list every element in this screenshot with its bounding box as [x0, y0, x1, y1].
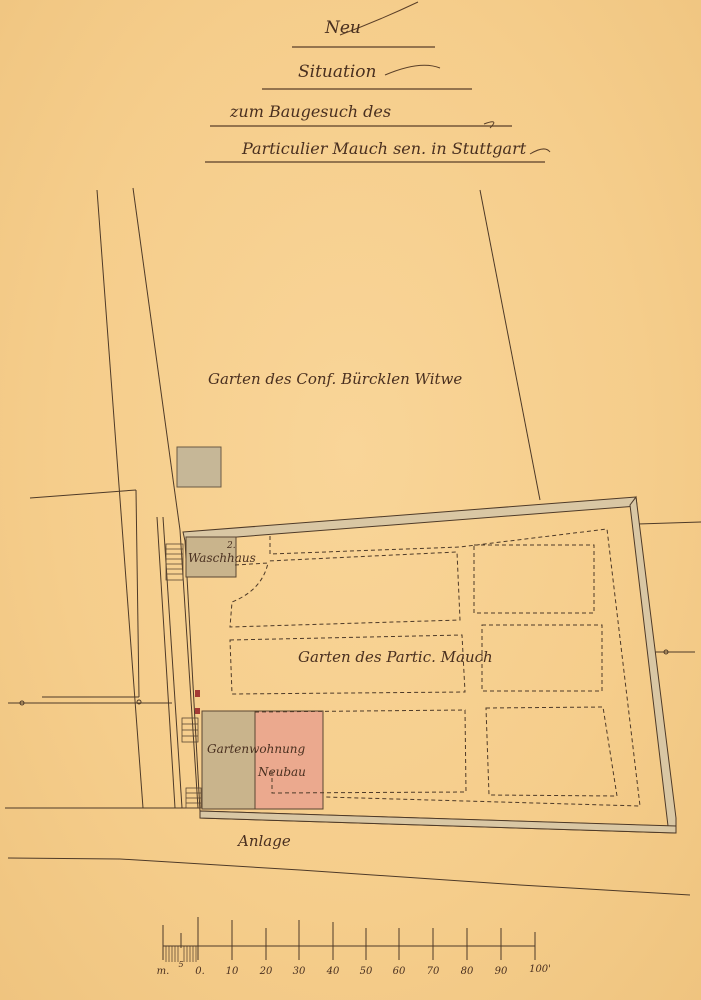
scale-tick-label: 5 [178, 960, 183, 969]
scale-tick-label: 80 [461, 966, 474, 977]
title-line-3: zum Baugesuch des [230, 102, 391, 121]
title-underlines [205, 2, 550, 162]
title-line-1: Neu [325, 18, 361, 38]
scale-tick-label: 10 [226, 966, 239, 977]
title-line-4: Particulier Mauch sen. in Stuttgart [242, 139, 526, 158]
scale-tick-label: 70 [427, 966, 440, 977]
new-building [255, 711, 323, 809]
scale-tick-label: 90 [495, 966, 508, 977]
red-marker [195, 708, 200, 714]
title-line-2: Situation [298, 62, 376, 82]
shed-building [177, 447, 221, 487]
street-label: Anlage [238, 832, 291, 850]
scale-tick-label: 60 [393, 966, 406, 977]
scale-tick-label: 30 [293, 966, 306, 977]
garden-dwelling-label: Gartenwohnung [207, 742, 305, 756]
wash-house-note: 2. [227, 541, 236, 551]
site-plan-sheet: Neu Situation zum Baugesuch des Particul… [0, 0, 701, 1000]
wash-house-label: Waschhaus [188, 551, 256, 565]
scale-tick-label: 20 [260, 966, 273, 977]
scale-tick-label: 50 [360, 966, 373, 977]
scale-tick-label: m. [157, 966, 170, 977]
garden-dwelling-building [202, 711, 255, 809]
scale-tick-label: 0. [195, 966, 205, 977]
boundary-lines [5, 188, 701, 895]
new-building-label: Neubau [258, 765, 306, 779]
scale-tick-label: 40 [327, 966, 340, 977]
red-marker [195, 690, 200, 697]
scale-tick-label: 100' [529, 964, 551, 975]
scale-bar [163, 917, 535, 962]
neighbor-garden-label: Garten des Conf. Bürcklen Witwe [208, 370, 462, 388]
own-garden-label: Garten des Partic. Mauch [298, 648, 493, 666]
